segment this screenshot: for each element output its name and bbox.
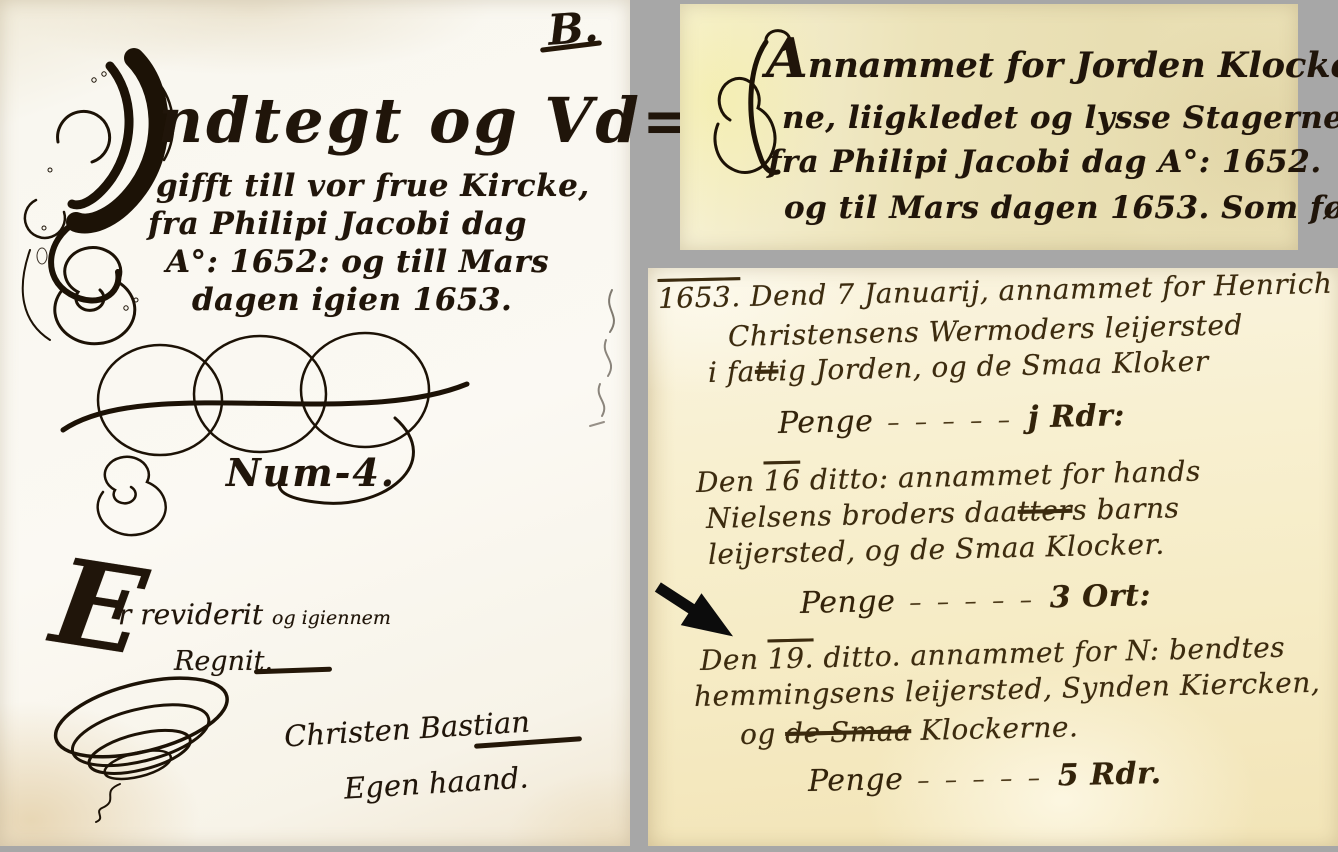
right-heading-line-1: Annammet for Jorden Klocker [766,26,1338,90]
entry-3-line-1-pre: Den [700,642,769,677]
heading-line-5: dagen igien 1653. [192,282,512,318]
heading-line-4: A°: 1652: og till Mars [166,244,549,280]
entry-1-amount-label: Penge [778,404,874,441]
signature-coil-flourish [50,672,240,822]
entry-2-date: 16 [764,464,801,498]
entry-3-amount-dots: – – – – – [917,764,1044,795]
number-label: Num-4. [226,450,396,495]
entry-2-line-2-pre: Nielsens broders daa [706,495,1019,535]
margin-pencil-scribble [578,282,648,442]
entry-2-line-3-pre: leijersted, og de Smaa Klocker. [708,528,1165,571]
ledger-entry-3-line-3: og de Smaa Klockerne. [740,710,1079,751]
right-heading-line-4: og til Mars dagen 1653. Som følger. [784,190,1338,226]
left-manuscript-page: B. ndtegt og Vd= gifft till vor frue Kir… [0,0,630,846]
right-heading-line-1-rest: nnammet for Jorden Klocker [808,45,1338,86]
revision-line-1: r reviderit og igiennem [118,598,391,631]
revision-line-1-big: r reviderit [118,598,272,631]
entry-3-line-3-post: Klockerne. [911,710,1079,747]
right-heading-line-3: fra Philipi Jacobi dag A°: 1652. [768,144,1322,180]
ledger-entry-2-line-3: leijersted, og de Smaa Klocker. [708,528,1165,571]
arrow-marker-icon [650,582,745,644]
right-heading-line-2: ne, liigkledet og lysse Stagerne [782,100,1338,136]
revision-line-1-small: og igiennem [272,607,391,629]
ledger-entry-3-amount: Penge– – – – –5 Rdr. [808,756,1162,799]
heading-line-2: gifft till vor frue Kircke, [156,168,590,204]
right-heading-initial: A [766,26,808,90]
heading-line-3: fra Philipi Jacobi dag [148,206,527,242]
entry-2-amount-label: Penge [800,584,896,621]
entry-2-line-2-struck: tter [1017,494,1072,528]
entry-1-amount-value: j Rdr: [1027,398,1125,435]
ledger-entry-2-amount: Penge– – – – –3 Ort: [800,578,1152,621]
top-right-manuscript-page: Annammet for Jorden Klocker ne, liigkled… [680,4,1298,250]
entry-2-amount-value: 3 Ort: [1049,578,1151,615]
entry-2-line-2-post: s barns [1072,491,1180,526]
manuscript-scan: B. ndtegt og Vd= gifft till vor frue Kir… [0,0,1338,852]
entry-2-line-1-pre: Den [696,464,765,499]
entry-3-amount-label: Penge [808,762,904,799]
entry-1-line-3-post: ig Jorden, og de Smaa Kloker [778,345,1209,388]
signature-subscript: Egen haand. [343,760,529,805]
entry-1-line-3-struck: tt [755,354,779,388]
ledger-entry-1-amount: Penge– – – – –j Rdr: [778,398,1126,441]
entry-1-amount-dots: – – – – – [887,406,1014,437]
entry-2-amount-dots: – – – – – [909,586,1036,617]
entry-2-line-1-rest: ditto: annammet for hands [800,455,1201,497]
entry-1-line-1-rest: Dend 7 Januarij, annammet for Henrich [740,267,1332,313]
entry-3-line-3-struck: de Smaa [785,714,912,750]
entry-3-amount-value: 5 Rdr. [1057,756,1162,793]
heading-line-1: ndtegt og Vd= [158,84,697,157]
entry-1-date: 1653. [658,280,741,315]
entry-1-line-3-pre: i fa [708,355,756,389]
entry-3-date: 19. [768,641,815,675]
bottom-right-ledger-page: 1653. Dend 7 Januarij, annammet for Henr… [648,268,1338,846]
entry-3-line-3-pre: og [740,717,786,751]
pen-flourish-circles [55,322,475,542]
